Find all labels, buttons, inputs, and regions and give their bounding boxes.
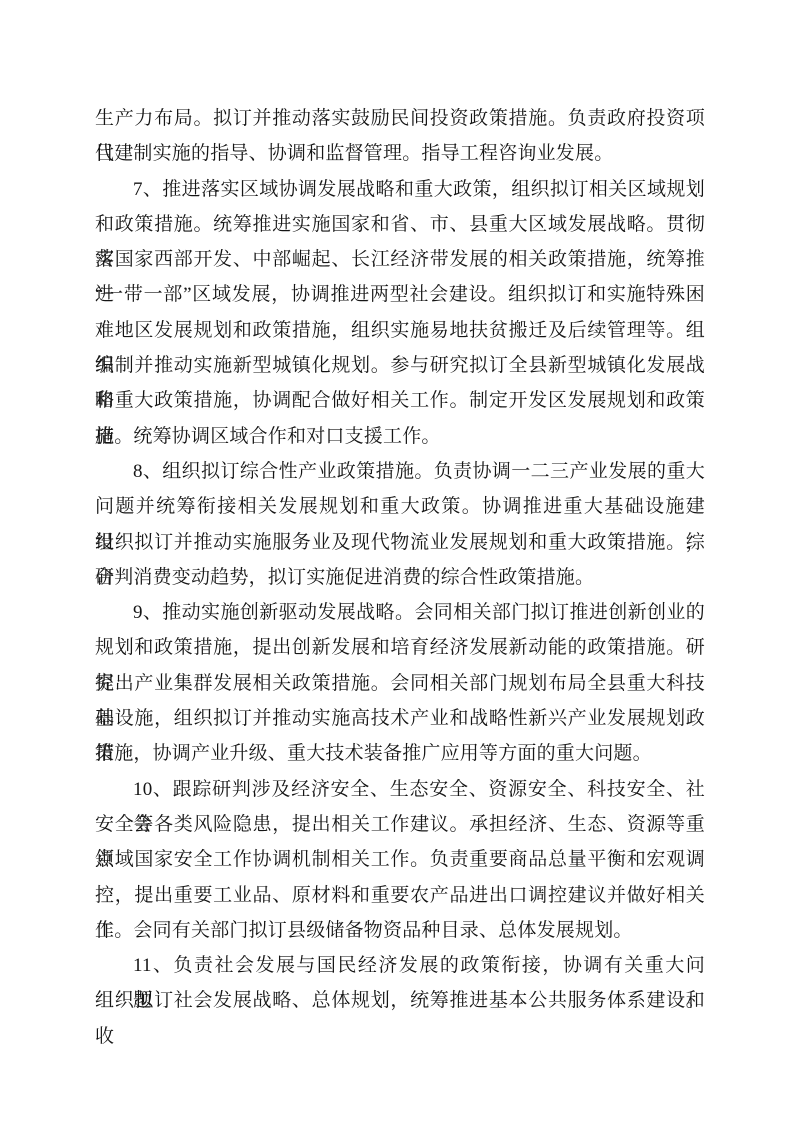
text-line: 措施，协调产业升级、重大技术装备推广应用等方面的重大问题。 — [95, 736, 705, 771]
text-line: 编制并推动实施新型城镇化规划。参与研究拟订全县新型城镇化发展战略 — [95, 348, 705, 383]
text-line: 9、推动实施创新驱动发展战略。会同相关部门拟订推进创新创业的 — [95, 595, 705, 630]
text-line: 提出产业集群发展相关政策措施。会同相关部门规划布局全县重大科技基 — [95, 666, 705, 701]
text-line: 安全等各类风险隐患，提出相关工作建议。承担经济、生态、资源等重点 — [95, 807, 705, 842]
text-line: 问题并统筹衔接相关发展规划和重大政策。协调推进重大基础设施建设， — [95, 489, 705, 524]
text-line: 代建制实施的指导、协调和监督管理。指导工程咨询业发展。 — [95, 136, 705, 171]
document-page: 生产力布局。拟订并推动落实鼓励民间投资政策措施。负责政府投资项目代建制实施的指导… — [0, 0, 793, 1122]
text-line: 生产力布局。拟订并推动落实鼓励民间投资政策措施。负责政府投资项目 — [95, 101, 705, 136]
text-line: 施。统筹协调区域合作和对口支援工作。 — [95, 419, 705, 454]
text-line: 11、负责社会发展与国民经济发展的政策衔接，协调有关重大问题。 — [95, 948, 705, 983]
text-line: 组织拟订社会发展战略、总体规划，统筹推进基本公共服务体系建设和收 — [95, 983, 705, 1018]
text-line: 和政策措施。统筹推进实施国家和省、市、县重大区域发展战略。贯彻落 — [95, 207, 705, 242]
paragraph-item-7: 7、推进落实区域协调发展战略和重大政策，组织拟订相关区域规划和政策措施。统筹推进… — [95, 172, 705, 454]
text-line: 8、组织拟订综合性产业政策措施。负责协调一二三产业发展的重大 — [95, 454, 705, 489]
text-line: 10、跟踪研判涉及经济安全、生态安全、资源安全、科技安全、社会 — [95, 772, 705, 807]
document-text-block: 生产力布局。拟订并推动落实鼓励民间投资政策措施。负责政府投资项目代建制实施的指导… — [95, 101, 705, 1019]
paragraph-item-8: 8、组织拟订综合性产业政策措施。负责协调一二三产业发展的重大问题并统筹衔接相关发… — [95, 454, 705, 595]
text-line: 难地区发展规划和政策措施，组织实施易地扶贫搬迁及后续管理等。组织 — [95, 313, 705, 348]
text-line: 作。会同有关部门拟订县级储备物资品种目录、总体发展规划。 — [95, 913, 705, 948]
paragraph-item-9: 9、推动实施创新驱动发展战略。会同相关部门拟订推进创新创业的规划和政策措施，提出… — [95, 595, 705, 771]
paragraph-item-10: 10、跟踪研判涉及经济安全、生态安全、资源安全、科技安全、社会安全等各类风险隐患… — [95, 772, 705, 948]
text-line: 领域国家安全工作协调机制相关工作。负责重要商品总量平衡和宏观调 — [95, 842, 705, 877]
text-line: 础设施，组织拟订并推动实施高技术产业和战略性新兴产业发展规划政策 — [95, 701, 705, 736]
text-line: 研判消费变动趋势，拟订实施促进消费的综合性政策措施。 — [95, 560, 705, 595]
paragraph-6-continuation: 生产力布局。拟订并推动落实鼓励民间投资政策措施。负责政府投资项目代建制实施的指导… — [95, 101, 705, 172]
text-line: 组织拟订并推动实施服务业及现代物流业发展规划和重大政策措施。综合 — [95, 525, 705, 560]
text-line: 实国家西部开发、中部崛起、长江经济带发展的相关政策措施，统筹推进 — [95, 242, 705, 277]
text-line: 控，提出重要工业品、原材料和重要农产品进出口调控建议并做好相关工 — [95, 878, 705, 913]
text-line: 规划和政策措施，提出创新发展和培育经济发展新动能的政策措施。研究 — [95, 630, 705, 665]
text-line: 7、推进落实区域协调发展战略和重大政策，组织拟订相关区域规划 — [95, 172, 705, 207]
paragraph-item-11: 11、负责社会发展与国民经济发展的政策衔接，协调有关重大问题。组织拟订社会发展战… — [95, 948, 705, 1019]
text-line: 和重大政策措施，协调配合做好相关工作。制定开发区发展规划和政策措 — [95, 383, 705, 418]
text-line: “一带一部”区域发展，协调推进两型社会建设。组织拟订和实施特殊困 — [95, 277, 705, 312]
